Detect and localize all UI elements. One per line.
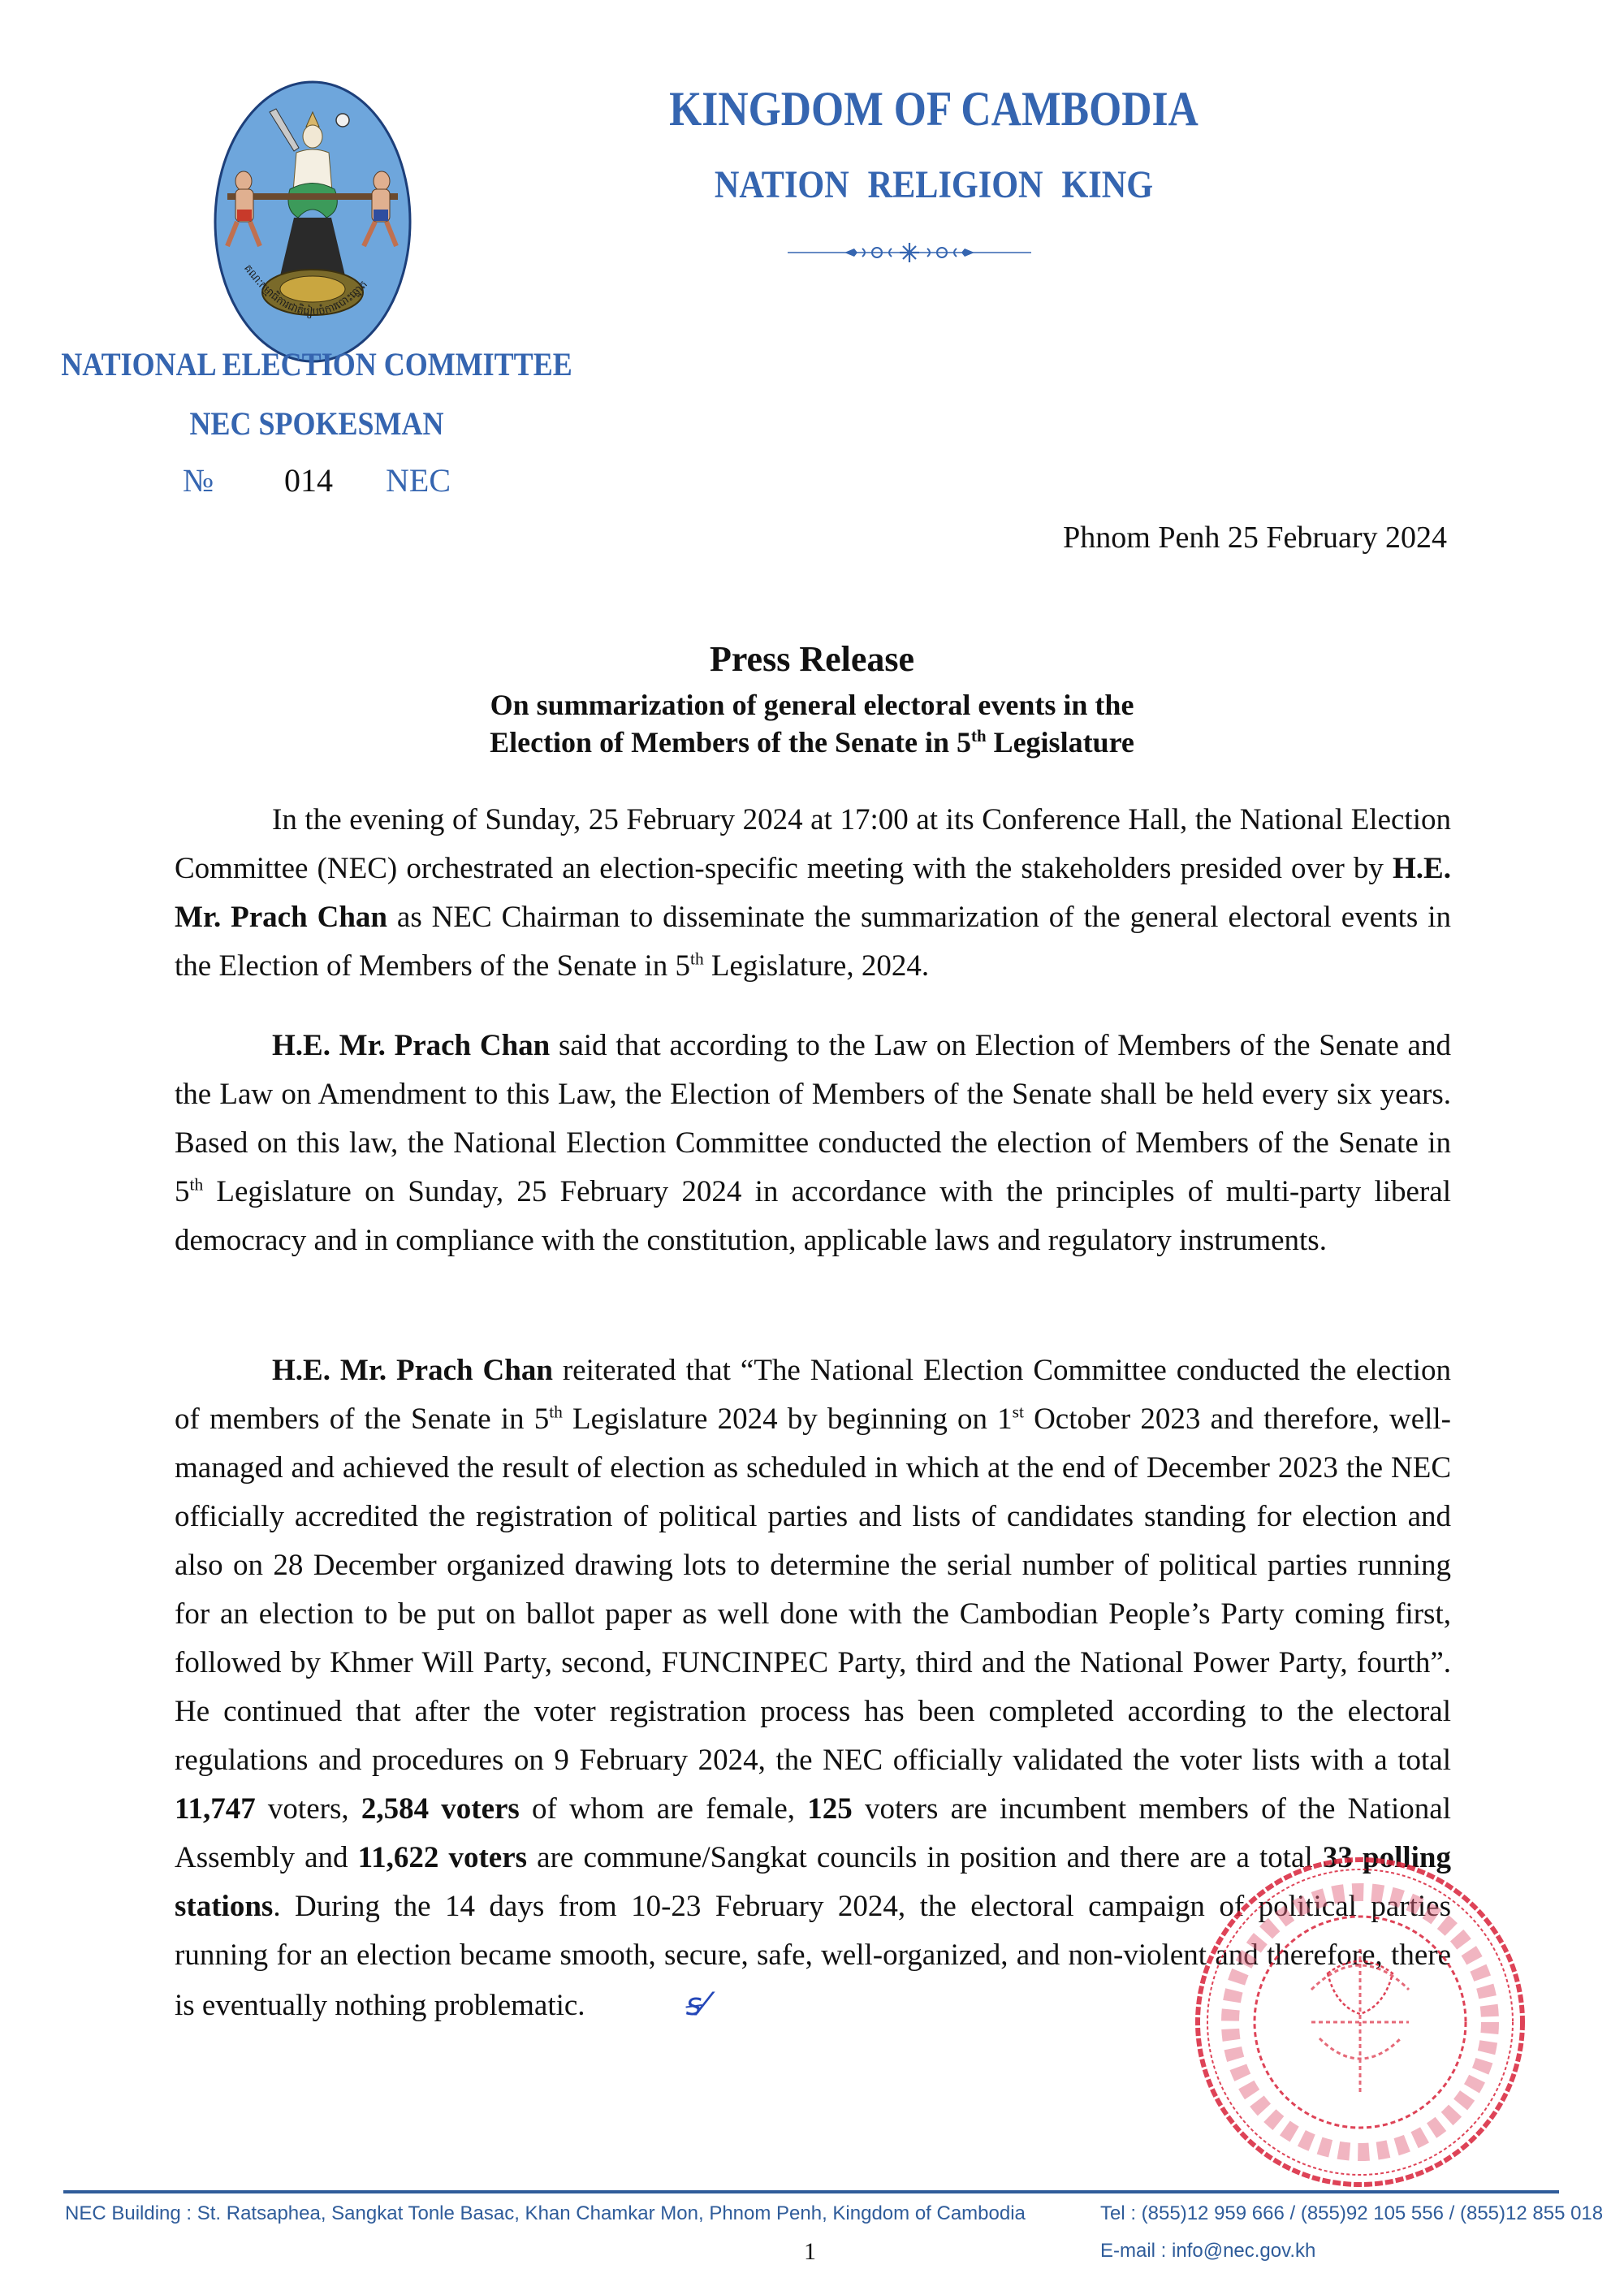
footer-divider bbox=[63, 2190, 1559, 2193]
ornament-divider-icon bbox=[788, 240, 1031, 265]
initials-signature-icon: ꞩ⁄ bbox=[589, 1980, 707, 2029]
paragraph-1: In the evening of Sunday, 25 February 20… bbox=[175, 796, 1451, 991]
footer-email[interactable]: E-mail : info@nec.gov.kh bbox=[1100, 2240, 1315, 2263]
ordinal-superscript: th bbox=[549, 1402, 563, 1422]
text-run: Legislature 2024 by beginning on 1 bbox=[563, 1402, 1013, 1436]
text-run: October 2023 and therefore, well-managed… bbox=[175, 1402, 1451, 1777]
text-run: of whom are female, bbox=[520, 1792, 807, 1826]
total-voters: 11,747 bbox=[175, 1792, 256, 1826]
text-run: Legislature, 2024. bbox=[704, 949, 929, 983]
chairman-name: H.E. Mr. Prach Chan bbox=[272, 1029, 550, 1062]
text-run: Legislature on Sunday, 25 February 2024 … bbox=[175, 1175, 1451, 1257]
document-subtitle-line-2: Election of Members of the Senate in 5th… bbox=[0, 724, 1624, 761]
document-subtitle-line-1: On summarization of general electoral ev… bbox=[0, 686, 1624, 724]
text-run: voters, bbox=[256, 1792, 361, 1826]
text-run: In the evening of Sunday, 25 February 20… bbox=[175, 803, 1451, 885]
chairman-name: H.E. Mr. Prach Chan bbox=[272, 1354, 553, 1387]
ordinal-superscript: th bbox=[190, 1175, 204, 1195]
subtitle-superscript: th bbox=[971, 726, 987, 746]
official-seal-stamp-icon bbox=[1190, 1852, 1531, 2193]
footer-telephone: Tel : (855)12 959 666 / (855)92 105 556 … bbox=[1100, 2202, 1603, 2225]
ordinal-superscript: st bbox=[1013, 1402, 1024, 1422]
assembly-voters: 125 bbox=[807, 1792, 853, 1826]
footer-address: NEC Building : St. Ratsaphea, Sangkat To… bbox=[65, 2202, 1026, 2225]
organization-name: NATIONAL ELECTION COMMITTEE bbox=[61, 345, 572, 383]
reference-number: № 014 NEC bbox=[183, 461, 451, 499]
female-voters: 2,584 voters bbox=[361, 1792, 520, 1826]
page-number: 1 bbox=[804, 2238, 816, 2266]
council-voters: 11,622 voters bbox=[358, 1841, 527, 1874]
country-heading: KINGDOM OF CAMBODIA bbox=[550, 81, 1318, 137]
document-title: Press Release bbox=[0, 638, 1624, 680]
department-name: NEC SPOKESMAN bbox=[61, 404, 572, 443]
reference-suffix: NEC bbox=[386, 461, 451, 499]
national-motto: NATION RELIGION KING bbox=[541, 162, 1327, 207]
subtitle-text: Election of Members of the Senate in 5 bbox=[490, 726, 971, 759]
reference-symbol: № bbox=[183, 461, 284, 499]
subtitle-text: Legislature bbox=[987, 726, 1134, 759]
paragraph-2: H.E. Mr. Prach Chan said that according … bbox=[175, 1022, 1451, 1265]
ordinal-superscript: th bbox=[690, 949, 704, 969]
reference-value: 014 bbox=[284, 461, 386, 499]
nec-emblem-logo: គណៈកម្មាធិការជាតិរៀបចំការបោះឆ្នោត bbox=[213, 80, 412, 364]
place-date: Phnom Penh 25 February 2024 bbox=[1063, 520, 1447, 555]
